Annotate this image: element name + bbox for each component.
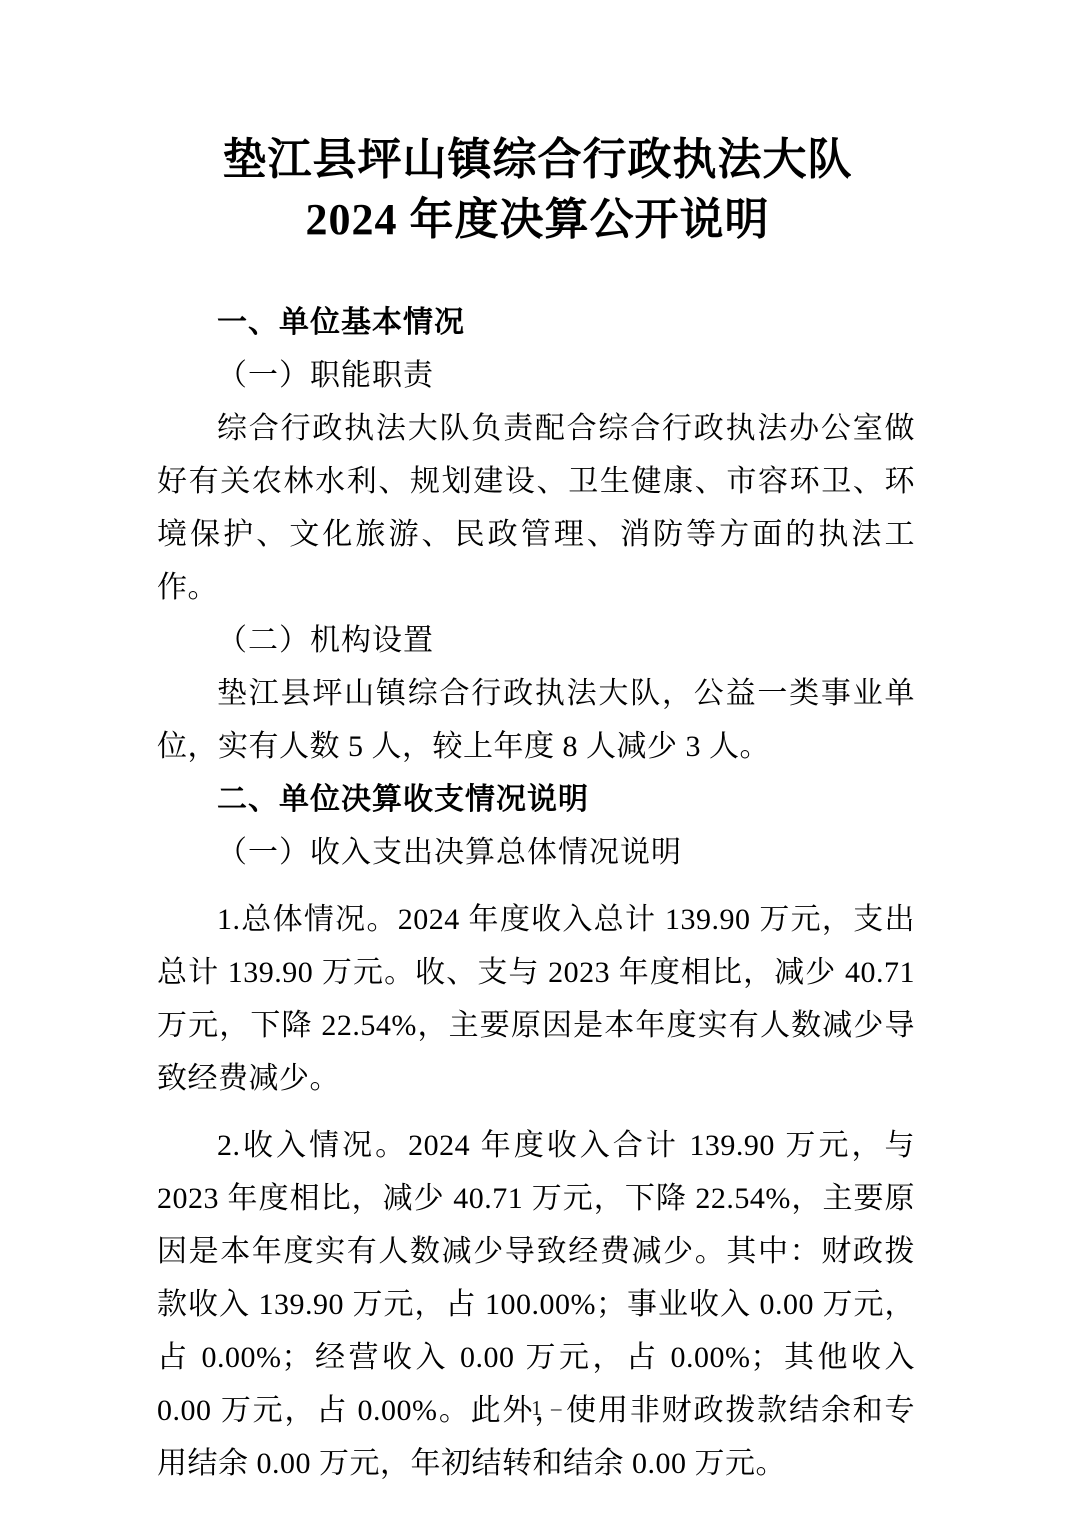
doc-title-line-2: 2024 年度决算公开说明 — [0, 190, 1075, 250]
doc-title-line-1: 垫江县坪山镇综合行政执法大队 — [0, 130, 1075, 190]
heading-budget-summary: 二、单位决算收支情况说明 — [157, 773, 915, 826]
page-number: – 1 – — [0, 1396, 1075, 1421]
paragraph-revenue-situation: 2.收入情况。2024 年度收入合计 139.90 万元，与 2023 年度相比… — [157, 1119, 915, 1490]
document-page: 垫江县坪山镇综合行政执法大队 2024 年度决算公开说明 一、单位基本情况 （一… — [0, 0, 1075, 1520]
subheading-org-setup: （二）机构设置 — [157, 614, 915, 667]
subheading-overall-revenue-expenditure: （一）收入支出决算总体情况说明 — [157, 826, 915, 879]
document-title-block: 垫江县坪山镇综合行政执法大队 2024 年度决算公开说明 — [0, 0, 1075, 250]
paragraph-overall-situation: 1.总体情况。2024 年度收入总计 139.90 万元，支出总计 139.90… — [157, 893, 915, 1105]
subheading-duties: （一）职能职责 — [157, 349, 915, 402]
paragraph-org-setup: 垫江县坪山镇综合行政执法大队，公益一类事业单位，实有人数 5 人，较上年度 8 … — [157, 667, 915, 773]
paragraph-duties: 综合行政执法大队负责配合综合行政执法办公室做好有关农林水利、规划建设、卫生健康、… — [157, 402, 915, 614]
heading-unit-basic-info: 一、单位基本情况 — [157, 296, 915, 349]
document-body: 一、单位基本情况 （一）职能职责 综合行政执法大队负责配合综合行政执法办公室做好… — [157, 296, 915, 1490]
